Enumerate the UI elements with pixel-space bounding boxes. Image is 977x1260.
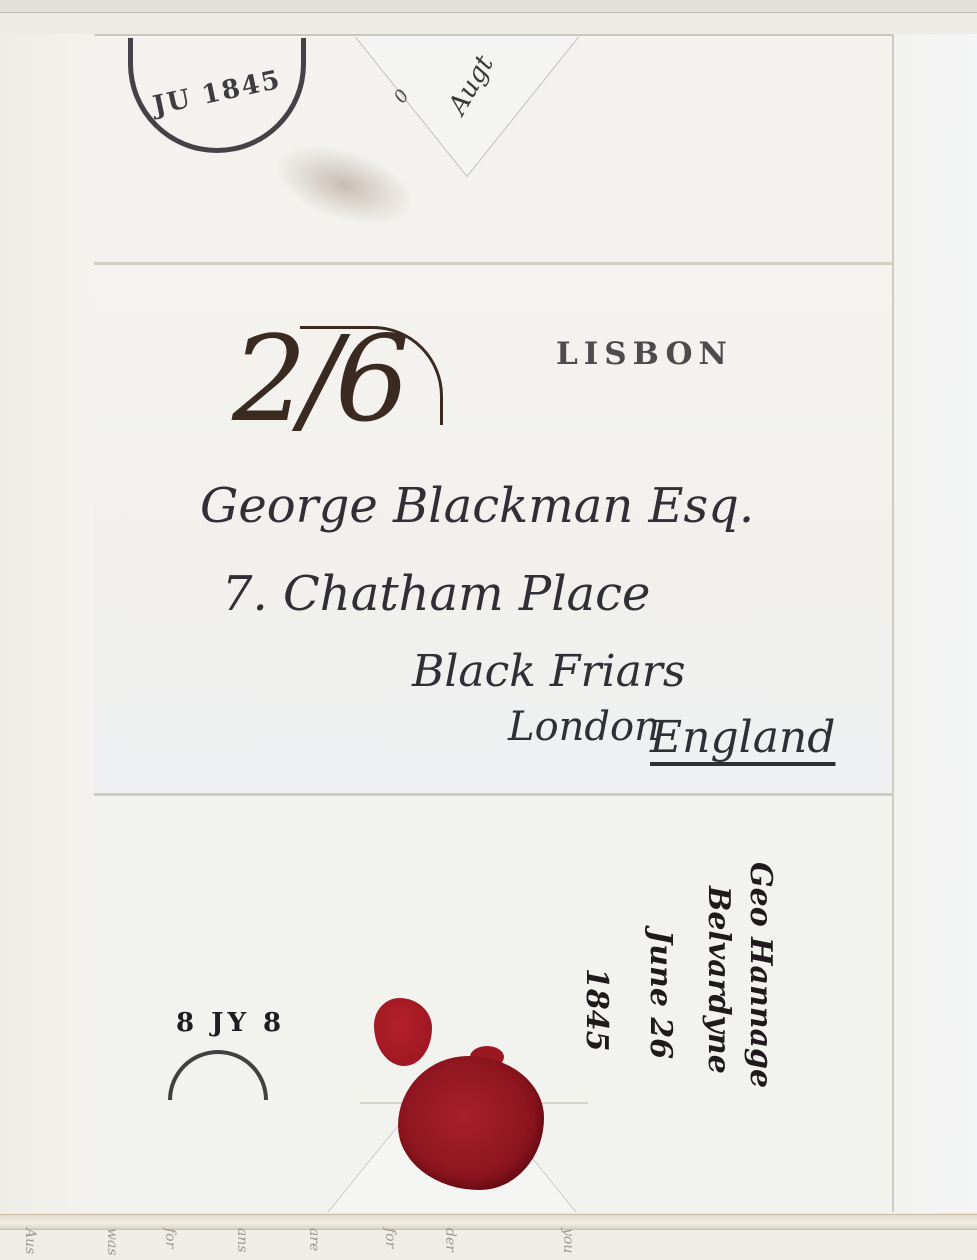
- right-fold-panel: [892, 34, 977, 1214]
- lisbon-origin-stamp: LISBON: [556, 336, 733, 372]
- docket-sender: Geo Hannage: [743, 862, 778, 1088]
- address-line-city: London: [508, 704, 660, 750]
- left-fold-panel: [0, 34, 96, 1214]
- bottom-script-fragment: was: [104, 1228, 120, 1256]
- top-edge: [0, 0, 977, 13]
- bottom-postmark-text: 8 JY 8: [176, 1008, 285, 1038]
- bottom-script-fragment: Aus: [22, 1228, 38, 1254]
- address-line-recipient: George Blackman Esq.: [200, 478, 754, 534]
- docket-year: 1845: [579, 968, 614, 1052]
- sender-docket: Geo Hannage Belvardyne June 26 1845: [560, 860, 790, 1100]
- docket-place: Belvardyne: [701, 886, 736, 1074]
- address-line-country: England: [650, 712, 835, 763]
- docket-date: June 26: [643, 930, 678, 1059]
- bottom-script-fragment: are: [306, 1228, 322, 1251]
- address-line-street: 7. Chatham Place: [222, 566, 650, 622]
- bottom-script-fragment: for: [382, 1228, 398, 1248]
- bottom-fold-crease: [0, 1214, 977, 1230]
- bottom-script-fragment: ans: [234, 1228, 250, 1253]
- top-fold-strip: [0, 0, 977, 36]
- bottom-script-fragment: you: [560, 1228, 576, 1253]
- top-postmark-text: JU 1845: [150, 65, 284, 121]
- bottom-script-fragment: der: [442, 1228, 458, 1252]
- address-line-district: Black Friars: [412, 646, 685, 697]
- red-wax-seal: [398, 1056, 544, 1190]
- bottom-script-fragment: for: [162, 1228, 178, 1248]
